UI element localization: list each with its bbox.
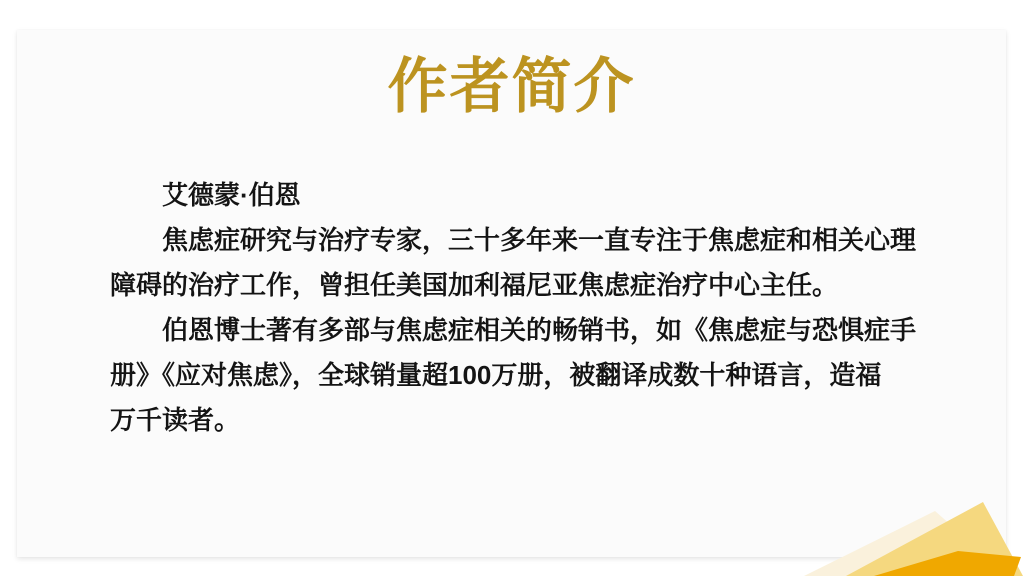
slide-title: 作者简介: [17, 52, 1006, 121]
bio-line: 伯恩博士著有多部与焦虑症相关的畅销书，如《焦虑症与恐惧症手: [110, 308, 910, 353]
bio-line: 万千读者。: [110, 398, 910, 443]
bio-line: 焦虑症研究与治疗专家，三十多年来一直专注于焦虑症和相关心理: [110, 218, 910, 263]
slide: 作者简介 艾德蒙·伯恩 焦虑症研究与治疗专家，三十多年来一直专注于焦虑症和相关心…: [17, 30, 1006, 557]
bio-line: 障碍的治疗工作，曾担任美国加利福尼亚焦虑症治疗中心主任。: [110, 263, 910, 308]
author-bio-text-block: 艾德蒙·伯恩 焦虑症研究与治疗专家，三十多年来一直专注于焦虑症和相关心理 障碍的…: [110, 173, 910, 443]
author-name-line: 艾德蒙·伯恩: [110, 173, 910, 218]
presentation-canvas: 作者简介 艾德蒙·伯恩 焦虑症研究与治疗专家，三十多年来一直专注于焦虑症和相关心…: [0, 0, 1024, 576]
bio-line: 册》《应对焦虑》，全球销量超100万册，被翻译成数十种语言，造福: [110, 353, 910, 398]
